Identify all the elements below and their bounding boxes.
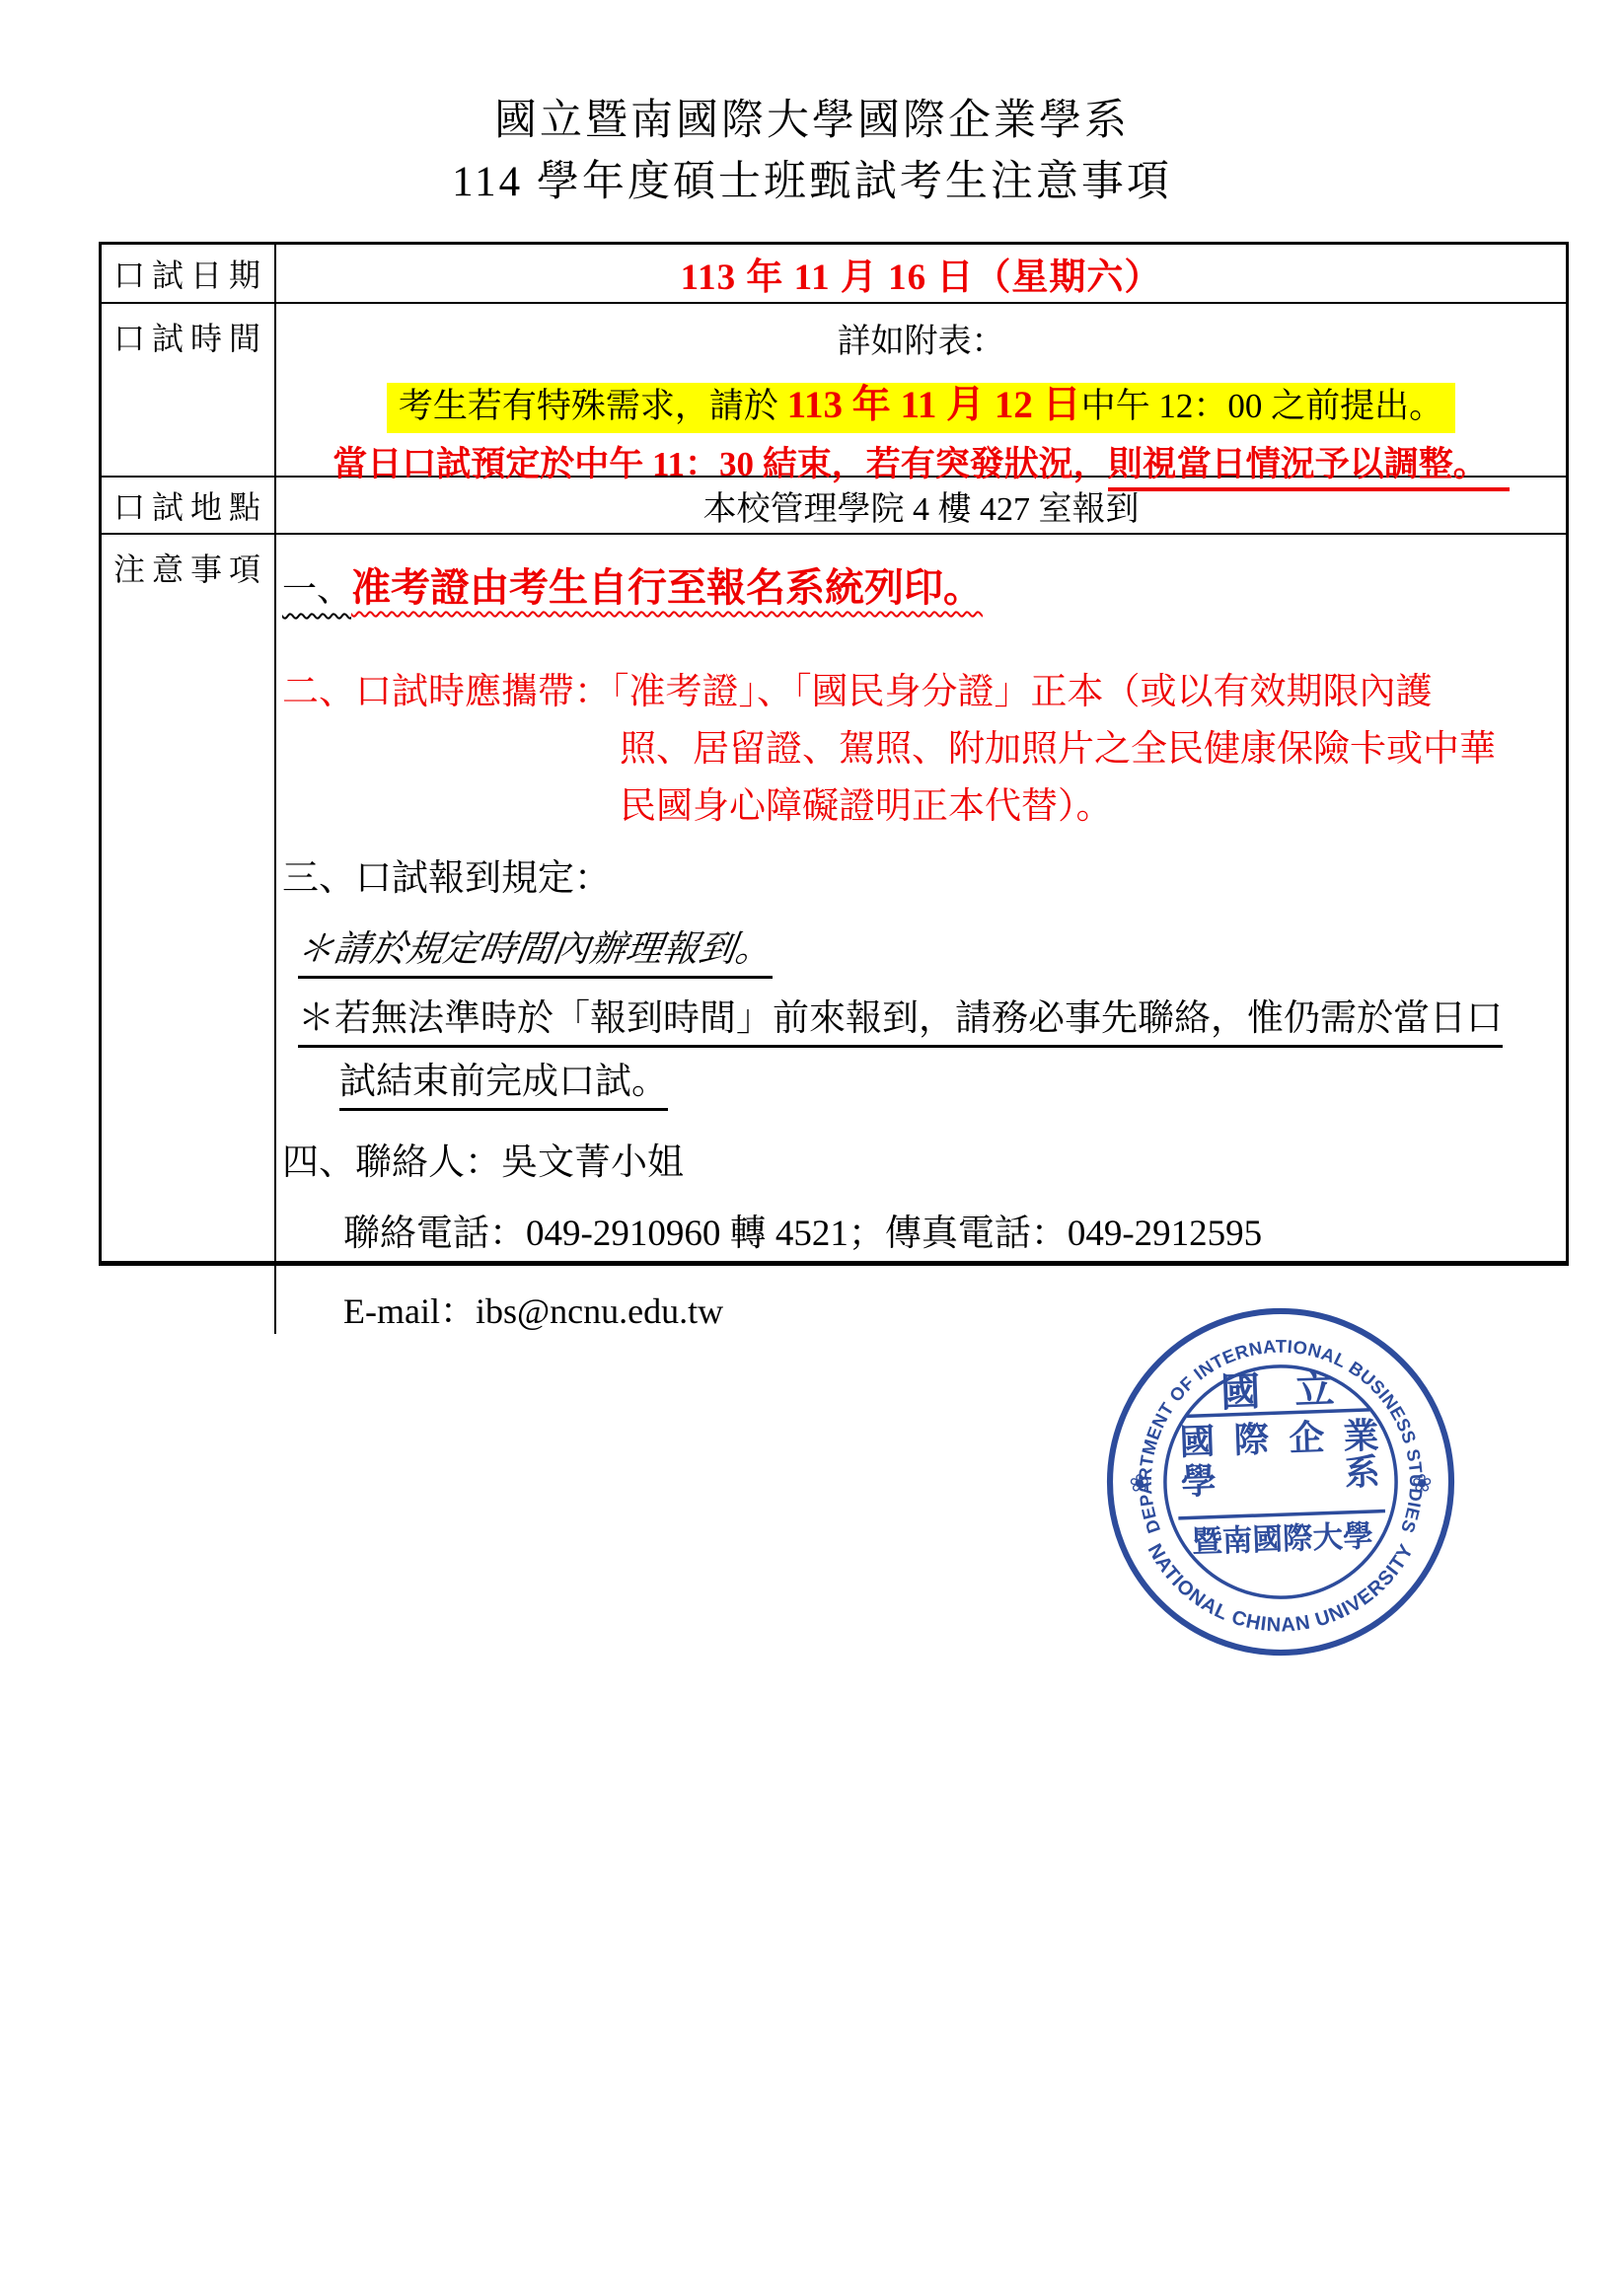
note-item-3-bullet-1: ＊請於規定時間內辦理報到。 bbox=[298, 919, 1566, 972]
interview-location-cell: 本校管理學院 4 樓 427 室報到 bbox=[276, 478, 1566, 533]
interview-location-value: 本校管理學院 4 樓 427 室報到 bbox=[703, 481, 1140, 530]
note-item-1: 一、准考證由考生自行至報名系統列印。 bbox=[282, 556, 1566, 613]
note-item-3-heading: 三、口試報到規定： bbox=[282, 848, 1566, 901]
bullet-2-line1-wrap: ＊若無法準時於「報到時間」前來報到，請務必事先聯絡，惟仍需於當日口 bbox=[298, 988, 1566, 1051]
note-item-2-line2: 照、居留證、駕照、附加照片之全民健康保險卡或中華 bbox=[620, 721, 1566, 778]
highlight-deadline-date: 113 年 11 月 12 日 bbox=[787, 384, 1081, 426]
label-interview-time-text: 口試時間 bbox=[113, 314, 267, 359]
info-table: 口試日期 113 年 11 月 16 日（星期六） 口試時間 詳如附表： 考生若… bbox=[99, 242, 1569, 1266]
label-interview-location: 口試地點 bbox=[102, 478, 276, 533]
label-notes-text: 注意事項 bbox=[113, 545, 267, 590]
notes-cell: 一、准考證由考生自行至報名系統列印。 二、口試時應攜帶：「准考證」、「國民身分證… bbox=[276, 535, 1566, 1334]
contact-person-line: 四、聯絡人：吳文菁小姐 bbox=[282, 1132, 1566, 1185]
bullet-1-text: ＊請於規定時間內辦理報到。 bbox=[294, 919, 776, 972]
seal-flower-left-icon: ❀ bbox=[1129, 1471, 1149, 1498]
note-item-2-line3: 民國身心障礙證明正本代替）。 bbox=[620, 778, 1566, 836]
time-schedule-note: 詳如附表： bbox=[838, 314, 1005, 362]
note-item-1-text: 准考證由考生自行至報名系統列印。 bbox=[351, 565, 983, 610]
highlight-post-text: 中午 12：00 之前提出。 bbox=[1081, 387, 1444, 425]
seal-char-guo: 國 bbox=[1219, 1369, 1261, 1415]
label-interview-time: 口試時間 bbox=[102, 304, 276, 486]
special-needs-highlight-wrap: 考生若有特殊需求，請於 113 年 11 月 12 日中午 12：00 之前提出… bbox=[387, 374, 1455, 429]
document-page: { "doc": { "title_line1": "國立暨南國際大學國際企業學… bbox=[0, 0, 1624, 2285]
interview-date-cell: 113 年 11 月 16 日（星期六） bbox=[276, 245, 1566, 302]
table-row-date: 口試日期 113 年 11 月 16 日（星期六） bbox=[102, 245, 1566, 304]
contact-phone-line: 聯絡電話：049-2910960 轉 4521；傳真電話：049-2912595 bbox=[343, 1203, 1566, 1256]
department-seal: DEPARTMENT OF INTERNATIONAL BUSINESS STU… bbox=[1103, 1304, 1458, 1659]
seal-divider-top bbox=[1187, 1410, 1369, 1416]
note-item-2: 二、口試時應攜帶：「准考證」、「國民身分證」正本（或以有效期限內護 照、居留證、… bbox=[282, 664, 1566, 836]
seal-university-name: 暨南國際大學 bbox=[1192, 1519, 1374, 1559]
label-interview-date: 口試日期 bbox=[102, 245, 276, 302]
interview-date-value: 113 年 11 月 16 日（星期六） bbox=[681, 247, 1162, 300]
seal-char-mid-3: 企 bbox=[1289, 1418, 1325, 1458]
seal-char-li: 立 bbox=[1293, 1366, 1335, 1412]
seal-flower-right-icon: ❀ bbox=[1412, 1471, 1433, 1498]
seal-outer-ring bbox=[1110, 1311, 1451, 1653]
seal-char-mid-2: 際 bbox=[1233, 1420, 1270, 1460]
note-item-2-line1: 二、口試時應攜帶：「准考證」、「國民身分證」正本（或以有效期限內護 bbox=[282, 664, 1566, 721]
bullet-2-line2-wrap: 試結束前完成口試。 bbox=[339, 1051, 1566, 1114]
special-needs-highlight: 考生若有特殊需求，請於 113 年 11 月 12 日中午 12：00 之前提出… bbox=[387, 383, 1455, 433]
bullet-2-line2: 試結束前完成口試。 bbox=[339, 1062, 668, 1111]
seal-char-xue: 學 bbox=[1180, 1461, 1217, 1502]
bullet-1-underline: ＊請於規定時間內辦理報到。 bbox=[298, 929, 773, 979]
table-row-notes: 注意事項 一、准考證由考生自行至報名系統列印。 二、口試時應攜帶：「准考證」、「… bbox=[102, 535, 1566, 1261]
page-subtitle: 114 學年度碩士班甄試考生注意事項 bbox=[0, 152, 1624, 213]
note-item-1-prefix: 一、 bbox=[282, 570, 351, 609]
seal-char-mid-4: 業 bbox=[1343, 1416, 1379, 1456]
bullet-2-line1: ＊若無法準時於「報到時間」前來報到，請務必事先聯絡，惟仍需於當日口 bbox=[298, 998, 1503, 1048]
page-title: 國立暨南國際大學國際企業學系 bbox=[0, 91, 1624, 152]
table-row-location: 口試地點 本校管理學院 4 樓 427 室報到 bbox=[102, 478, 1566, 535]
table-row-time: 口試時間 詳如附表： 考生若有特殊需求，請於 113 年 11 月 12 日中午… bbox=[102, 304, 1566, 478]
label-notes: 注意事項 bbox=[102, 535, 276, 1334]
label-interview-date-text: 口試日期 bbox=[113, 251, 267, 296]
interview-time-cell: 詳如附表： 考生若有特殊需求，請於 113 年 11 月 12 日中午 12：0… bbox=[276, 304, 1566, 486]
highlight-pre-text: 考生若有特殊需求，請於 bbox=[399, 387, 787, 425]
seal-char-mid-1: 國 bbox=[1179, 1422, 1216, 1462]
document-title-block: 國立暨南國際大學國際企業學系 114 學年度碩士班甄試考生注意事項 bbox=[0, 91, 1624, 213]
seal-char-xi: 系 bbox=[1344, 1452, 1380, 1493]
seal-divider-bottom bbox=[1178, 1511, 1385, 1518]
label-interview-location-text: 口試地點 bbox=[113, 482, 267, 528]
note-item-3-bullet-2: ＊若無法準時於「報到時間」前來報到，請務必事先聯絡，惟仍需於當日口 試結束前完成… bbox=[298, 988, 1566, 1114]
